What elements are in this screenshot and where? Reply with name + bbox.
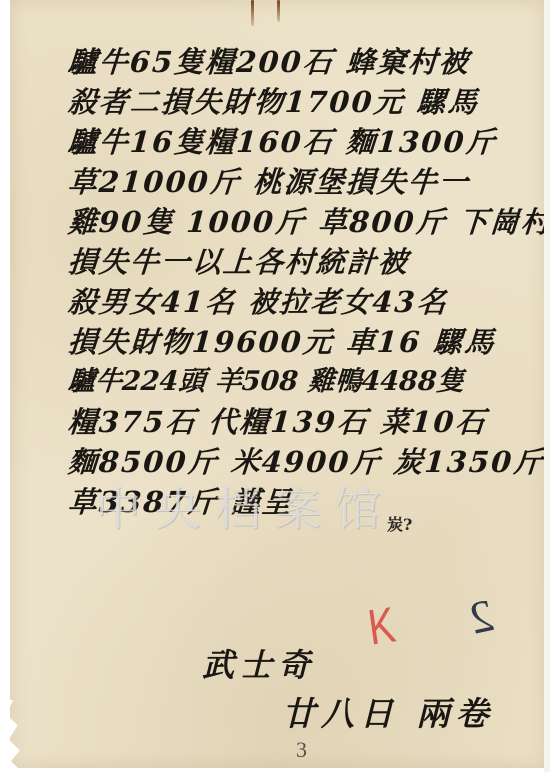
text-line-7: 殺男女41名 被拉老女43名 [67,282,540,322]
signature-date: 廿八日 兩卷 [282,688,495,735]
text-line-11: 麵8500斤 米4900斤 炭1350斤 [67,442,540,482]
text-line-3: 驢牛16隻糧160石 麵1300斤 [67,122,540,162]
signature-name: 武士奇 [202,640,316,686]
text-line-2: 殺者二損失財物1700元 騾馬 [67,82,540,122]
text-line-12: 草3387斤 謹呈 [67,482,540,522]
text-line-10: 糧375石 代糧139石 菜10石 [67,402,540,442]
page-number: 3 [296,737,307,763]
page-edge [544,0,550,772]
text-line-5: 雞90隻 1000斤 草800斤 下崗村 [67,202,540,242]
ink-stain [251,0,254,26]
text-line-6: 損失牛一以上各村統計被 [67,242,540,282]
handwritten-text-block: 驢牛65隻糧200石 蜂窠村被 殺者二損失財物1700元 騾馬 驢牛16隻糧16… [68,42,538,522]
text-line-9: 驢牛224頭 羊508 雞鴨4488隻 [67,362,540,402]
text-line-4: 草21000斤 桃源堡損失牛一 [67,162,540,202]
interlinear-note: 炭? [387,512,412,535]
text-line-8: 損失財物19600元 車16 騾馬 [67,322,540,362]
ink-stain [277,0,280,22]
text-line-1: 驢牛65隻糧200石 蜂窠村被 [67,42,540,82]
